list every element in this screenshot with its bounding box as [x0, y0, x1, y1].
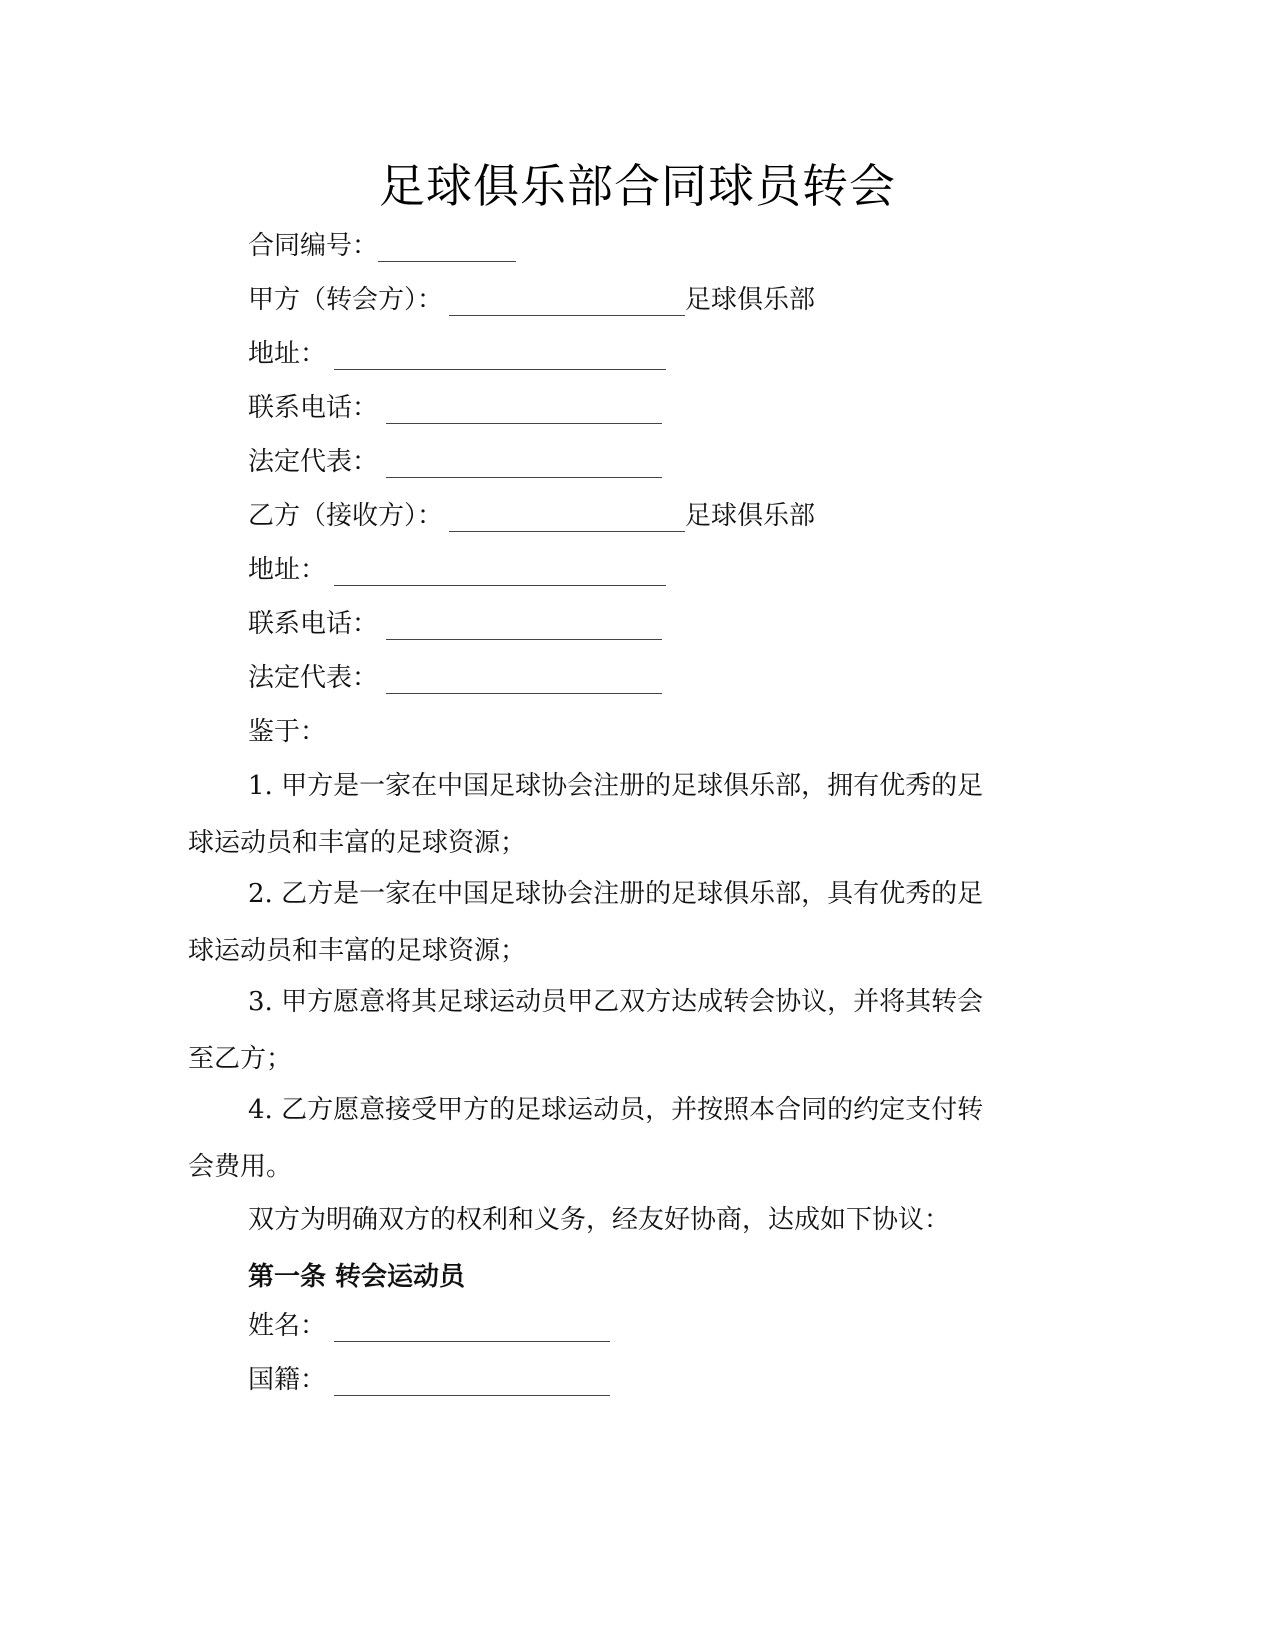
- party-a-address-row: 地址：: [248, 338, 666, 370]
- article-1-heading: 第一条 转会运动员: [248, 1256, 465, 1293]
- recital-2-line2: 球运动员和丰富的足球资源；: [188, 923, 1078, 980]
- party-a-rep-label: 法定代表：: [248, 447, 378, 477]
- recital-4-line1: 4. 乙方愿意接受甲方的足球运动员，并按照本合同的约定支付转: [188, 1082, 1078, 1139]
- recital-3-line1: 3. 甲方愿意将其足球运动员甲乙双方达成转会协议，并将其转会: [188, 974, 1078, 1031]
- party-b-phone-blank[interactable]: [386, 613, 662, 640]
- contract-number-label: 合同编号：: [248, 231, 378, 261]
- party-a-phone-row: 联系电话：: [248, 392, 662, 424]
- party-b-rep-blank[interactable]: [386, 667, 662, 694]
- party-a-address-label: 地址：: [248, 339, 326, 369]
- party-b-label: 乙方（接收方）：: [248, 501, 443, 531]
- player-name-row: 姓名：: [248, 1310, 610, 1342]
- party-a-name-blank[interactable]: [449, 289, 685, 316]
- party-b-address-label: 地址：: [248, 555, 326, 585]
- recital-2: 2. 乙方是一家在中国足球协会注册的足球俱乐部，具有优秀的足 球运动员和丰富的足…: [188, 866, 1078, 980]
- recital-4-line2: 会费用。: [188, 1139, 1078, 1196]
- recital-3-line2: 至乙方；: [188, 1031, 1078, 1088]
- party-a-phone-label: 联系电话：: [248, 393, 378, 423]
- party-b-row: 乙方（接收方）：足球俱乐部: [248, 500, 815, 532]
- contract-number-row: 合同编号：: [248, 230, 516, 262]
- party-b-rep-label: 法定代表：: [248, 663, 378, 693]
- whereas-label: 鉴于：: [248, 716, 326, 748]
- party-b-suffix: 足球俱乐部: [685, 501, 815, 531]
- recital-1-line1: 1. 甲方是一家在中国足球协会注册的足球俱乐部，拥有优秀的足: [188, 758, 1078, 815]
- document-title: 足球俱乐部合同球员转会: [0, 150, 1275, 216]
- party-a-rep-blank[interactable]: [386, 451, 662, 478]
- player-nationality-label: 国籍：: [248, 1365, 326, 1395]
- agreement-intro: 双方为明确双方的权利和义务，经友好协商，达成如下协议：: [248, 1204, 950, 1236]
- player-name-label: 姓名：: [248, 1311, 326, 1341]
- party-b-phone-row: 联系电话：: [248, 608, 662, 640]
- party-b-name-blank[interactable]: [449, 505, 685, 532]
- party-a-label: 甲方（转会方）：: [248, 285, 443, 315]
- party-a-rep-row: 法定代表：: [248, 446, 662, 478]
- party-a-row: 甲方（转会方）：足球俱乐部: [248, 284, 815, 316]
- recital-3: 3. 甲方愿意将其足球运动员甲乙双方达成转会协议，并将其转会 至乙方；: [188, 974, 1078, 1088]
- party-b-address-blank[interactable]: [334, 559, 666, 586]
- recital-2-line1: 2. 乙方是一家在中国足球协会注册的足球俱乐部，具有优秀的足: [188, 866, 1078, 923]
- player-name-blank[interactable]: [334, 1315, 610, 1342]
- party-a-phone-blank[interactable]: [386, 397, 662, 424]
- contract-number-blank[interactable]: [378, 235, 516, 262]
- party-a-address-blank[interactable]: [334, 343, 666, 370]
- player-nationality-blank[interactable]: [334, 1369, 610, 1396]
- player-nationality-row: 国籍：: [248, 1364, 610, 1396]
- recital-1-line2: 球运动员和丰富的足球资源；: [188, 815, 1078, 872]
- party-b-address-row: 地址：: [248, 554, 666, 586]
- recital-1: 1. 甲方是一家在中国足球协会注册的足球俱乐部，拥有优秀的足 球运动员和丰富的足…: [188, 758, 1078, 872]
- recital-4: 4. 乙方愿意接受甲方的足球运动员，并按照本合同的约定支付转 会费用。: [188, 1082, 1078, 1196]
- party-b-rep-row: 法定代表：: [248, 662, 662, 694]
- party-b-phone-label: 联系电话：: [248, 609, 378, 639]
- party-a-suffix: 足球俱乐部: [685, 285, 815, 315]
